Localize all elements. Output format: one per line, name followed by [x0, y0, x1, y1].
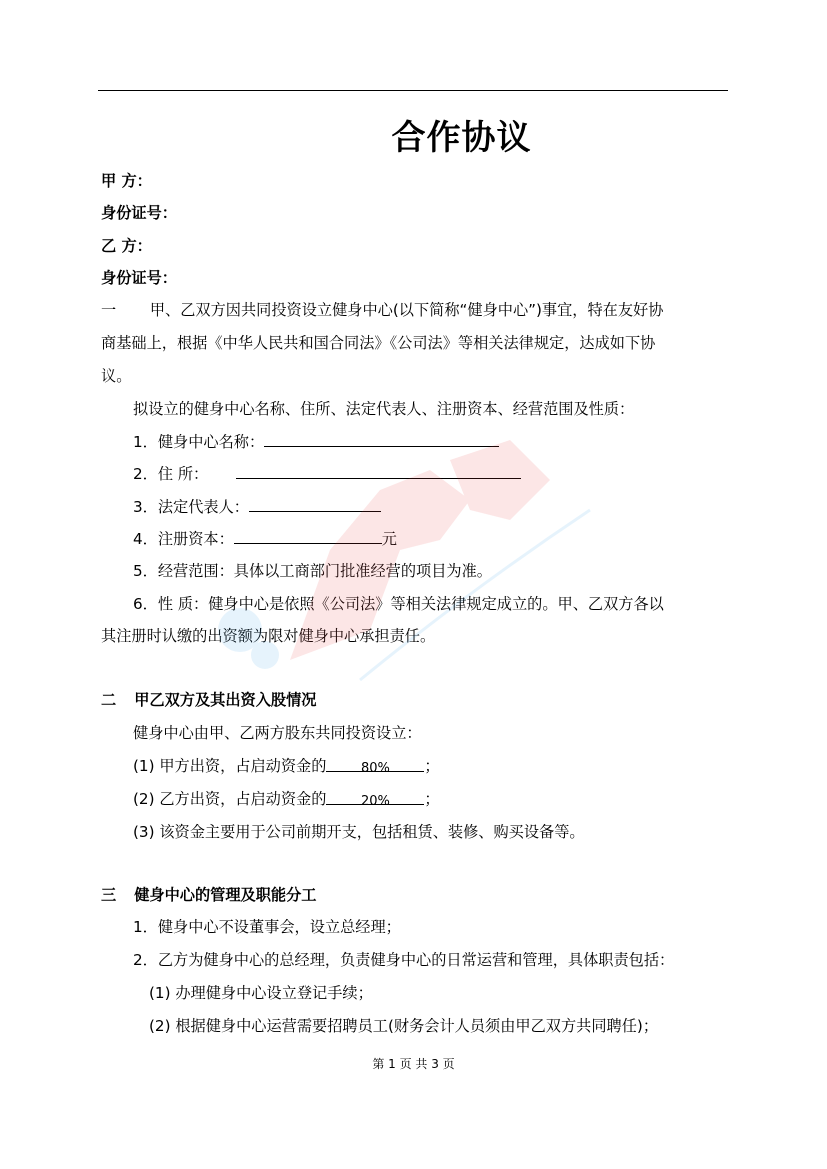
party-b-label: 乙 方：	[101, 236, 152, 256]
party-b-id-label: 身份证号：	[101, 268, 177, 288]
document-title: 合作协议	[0, 110, 827, 159]
item-center-name: 1．健身中心名称：	[133, 431, 499, 452]
party-b-share-field[interactable]: 20%	[326, 789, 424, 805]
legal-rep-field[interactable]	[249, 496, 381, 512]
section3-heading: 三健身中心的管理及职能分工	[101, 885, 316, 905]
section3-subitem1: (1) 办理健身中心设立登记手续；	[149, 983, 373, 1003]
item-nature: 6．性 质：健身中心是依照《公司法》等相关法律规定成立的。甲、乙双方各以	[133, 594, 664, 614]
section1-number: 一	[101, 301, 116, 319]
item-address: 2．住 所：	[133, 463, 521, 484]
item-capital: 4．注册资本：元	[133, 528, 397, 549]
party-a-share: (1) 甲方出资，占启动资金的80%；	[133, 756, 440, 776]
section1-line3: 议。	[101, 366, 131, 386]
party-a-share-field[interactable]: 80%	[326, 756, 424, 772]
section1-line2: 商基础上，根据《中华人民共和国合同法》《公司法》等相关法律规定，达成如下协	[101, 333, 655, 353]
item-nature-cont: 其注册时认缴的出资额为限对健身中心承担责任。	[101, 626, 435, 646]
section1-line1: 一 甲、乙双方因共同投资设立健身中心(以下简称“健身中心”)事宜，特在友好协	[101, 300, 663, 320]
item-legal-rep: 3．法定代表人：	[133, 496, 381, 517]
section2-heading: 二甲乙双方及其出资入股情况	[101, 690, 316, 710]
capital-field[interactable]	[234, 528, 382, 544]
section3-item2: 2．乙方为健身中心的总经理，负责健身中心的日常运营和管理，具体职责包括：	[133, 950, 674, 970]
party-a-label: 甲 方：	[101, 171, 152, 191]
page-number: 第 1 页 共 3 页	[0, 1055, 827, 1072]
party-b-share: (2) 乙方出资，占启动资金的20%；	[133, 789, 440, 809]
item-scope: 5．经营范围：具体以工商部门批准经营的项目为准。	[133, 561, 492, 581]
section3-item1: 1．健身中心不设董事会，设立总经理；	[133, 917, 401, 937]
section1-intro: 拟设立的健身中心名称、住所、法定代表人、注册资本、经营范围及性质：	[133, 399, 634, 419]
center-name-field[interactable]	[264, 431, 499, 447]
header-rule	[98, 90, 728, 91]
address-field[interactable]	[236, 463, 521, 479]
section3-subitem2: (2) 根据健身中心运营需要招聘员工(财务会计人员须由甲乙双方共同聘任)；	[149, 1016, 658, 1036]
section2-intro: 健身中心由甲、乙两方股东共同投资设立：	[133, 723, 422, 743]
party-a-id-label: 身份证号：	[101, 203, 177, 223]
fund-usage: (3) 该资金主要用于公司前期开支，包括租赁、装修、购买设备等。	[133, 822, 585, 842]
